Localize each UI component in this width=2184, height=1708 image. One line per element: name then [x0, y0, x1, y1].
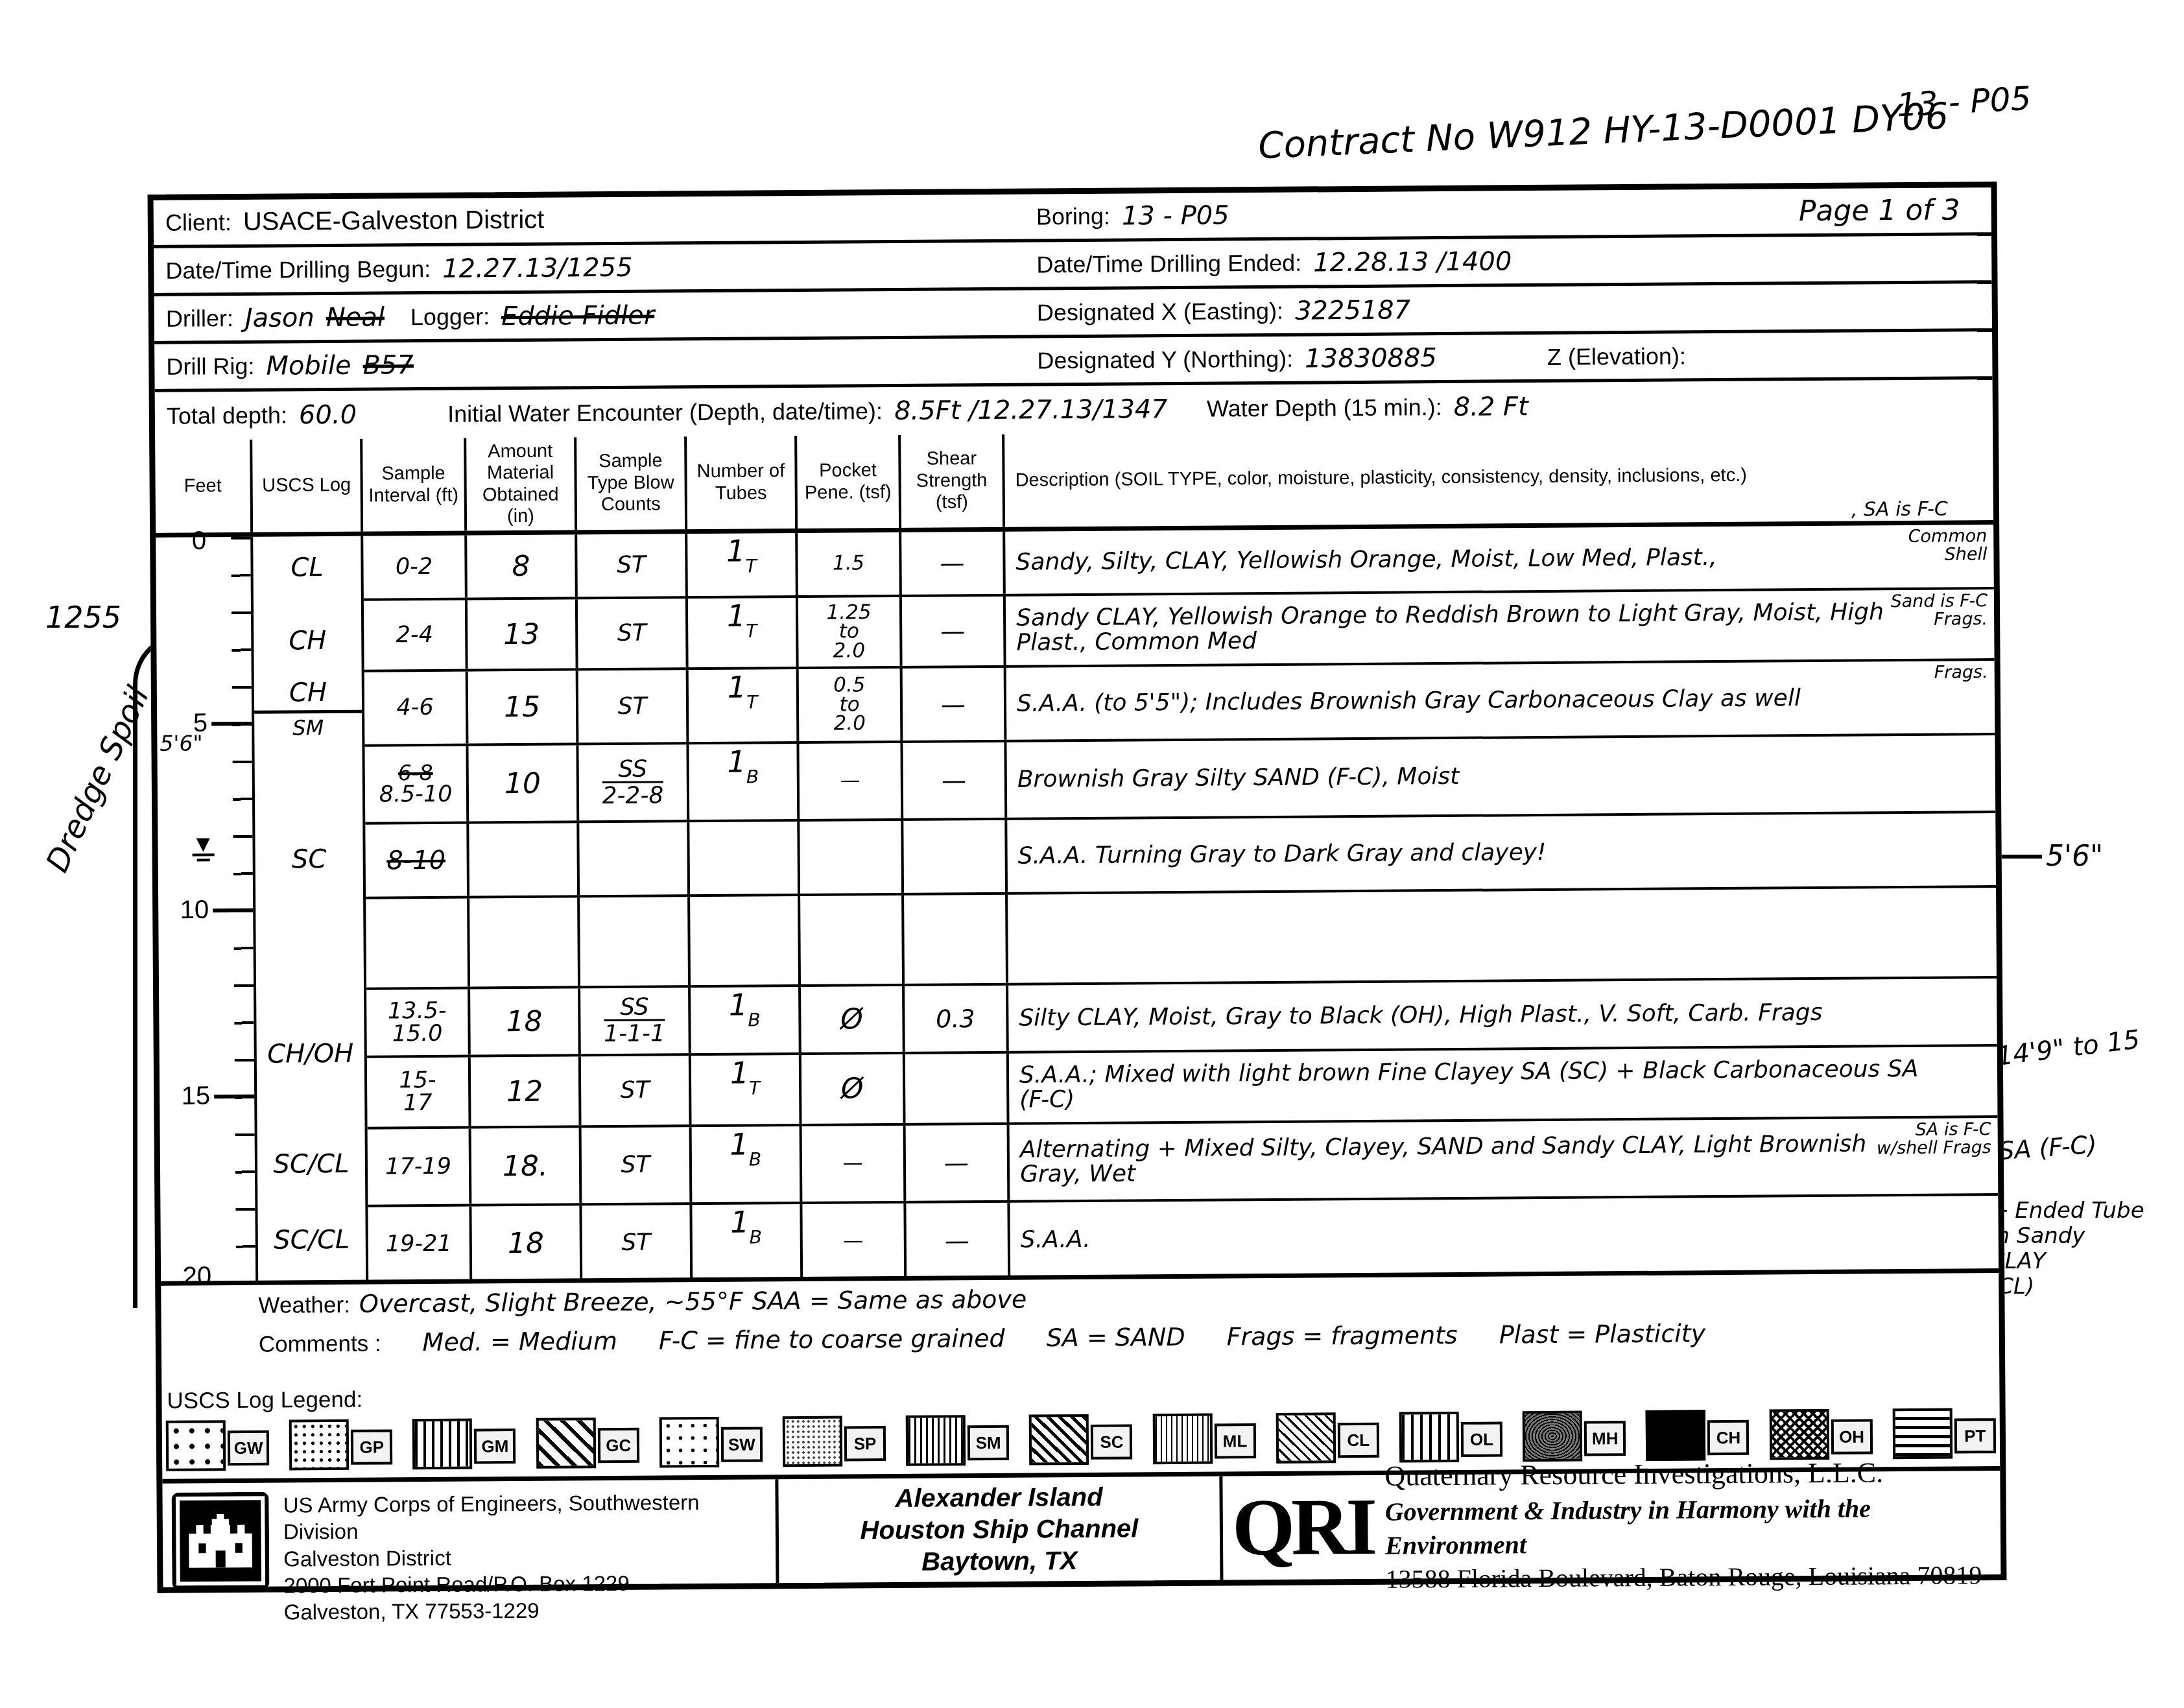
shear-cell: —	[903, 742, 1007, 818]
col-uscs-log: USCS Log	[252, 439, 363, 532]
description-cell: S.A.A. Turning Gray to Dark Gray and cla…	[1007, 813, 1996, 892]
sample-type-cell: SS1-1-1	[580, 988, 691, 1054]
water-depth-15-value: 8.2 Ft	[1454, 392, 1528, 422]
drill-rig-label: Drill Rig:	[166, 352, 254, 380]
sample-type-cell: SS2-2-8	[578, 744, 689, 820]
drill-rig-value: Mobile	[266, 350, 351, 381]
log-row: 4-6 15 ST 1T 0.5 to 2.0 — S.A.A. (to 5'5…	[364, 661, 1995, 747]
site-channel: Houston Ship Channel	[779, 1513, 1220, 1546]
tubes-cell: 1B	[692, 1204, 803, 1279]
pocket-pene-cell: Ø	[801, 986, 905, 1052]
usace-line4: Galveston, TX 77553-1229	[284, 1595, 770, 1625]
col-amount-material: Amount Material Obtained (in)	[466, 437, 577, 530]
total-depth-value: 60.0	[299, 400, 357, 431]
driller-first-name: Jason	[245, 303, 315, 333]
sample-type-cell	[580, 897, 691, 986]
sample-type-cell: ST	[577, 534, 688, 597]
pattern-gp	[289, 1419, 350, 1471]
tubes-cell: 1T	[691, 1055, 802, 1124]
log-row-empty	[366, 888, 1997, 990]
uscs-mark: CH/OH	[257, 1039, 364, 1069]
pattern-pt	[1892, 1408, 1953, 1460]
amount-cell: 8	[467, 534, 578, 597]
water-encounter-value: 8.5Ft /12.27.13/1347	[894, 394, 1168, 426]
legend-item: SW	[659, 1416, 763, 1473]
water-table-symbol: ▼	[191, 836, 215, 861]
site-panel: Alexander Island Houston Ship Channel Ba…	[775, 1476, 1223, 1583]
uscs-mark: SC	[255, 844, 363, 875]
description-cell: Silty CLAY, Moist, Gray to Black (OH), H…	[1008, 979, 1997, 1051]
uscs-mark: SC/CL	[257, 1149, 365, 1180]
drilling-begun-label: Date/Time Drilling Begun:	[165, 255, 431, 284]
tubes-cell: 1B	[689, 744, 800, 820]
interval-cell: 15- 17	[367, 1058, 471, 1127]
col-sample-interval: Sample Interval (ft)	[362, 438, 467, 532]
sample-type-cell: ST	[581, 1056, 692, 1125]
usace-line2: Galveston District	[283, 1542, 769, 1572]
client-value: USACE-Galveston District	[243, 206, 545, 237]
northing-label: Designated Y (Northing):	[1037, 345, 1293, 374]
uscs-mark: CH	[254, 626, 361, 656]
usace-panel: US Army Corps of Engineers, Southwestern…	[162, 1479, 776, 1587]
qri-address: 13588 Florida Boulevard, Baton Rouge, Lo…	[1385, 1558, 1991, 1596]
qri-panel: QRI Quaternary Resource Investigations, …	[1222, 1471, 2000, 1580]
right-depth-note-5-6: 5'6"	[2000, 840, 2103, 873]
comment-plast: Plast = Plasticity	[1499, 1319, 1706, 1349]
depth-label-15: 15	[160, 1082, 210, 1111]
pattern-sm	[906, 1415, 966, 1466]
tubes-cell: 1T	[687, 533, 798, 596]
uscs-mark: CH	[254, 678, 362, 708]
description-cell: Brownish Gray Silty SAND (F-C), Moist	[1006, 735, 1995, 818]
tubes-cell: 1B	[691, 987, 801, 1053]
description-cell: Sandy, Silty, CLAY, Yellowish Orange, Mo…	[1005, 525, 1994, 594]
pattern-sp	[783, 1416, 843, 1467]
boring-log-page: 13 - P05 Contract No W912 HY-13-D0001 DY…	[0, 0, 2184, 1708]
pocket-pene-cell	[800, 821, 904, 894]
legend-item: SM	[906, 1415, 1010, 1471]
log-row: 0-2 8 ST 1T 1.5 — Sandy, Silty, CLAY, Ye…	[363, 525, 1994, 601]
water-depth-15-label: Water Depth (15 min.):	[1207, 394, 1442, 423]
log-row: 13.5- 15.0 18 SS1-1-1 1B Ø 0.3 Silty CLA…	[366, 979, 1997, 1058]
uscs-mark: SC/CL	[258, 1225, 366, 1255]
amount-cell: 18.	[471, 1128, 582, 1204]
amount-cell: 18	[471, 1205, 582, 1281]
shear-cell: —	[902, 597, 1006, 666]
pocket-pene-cell: 1.25 to 2.0	[798, 597, 903, 667]
weather-value: Overcast, Slight Breeze, ~55°F	[359, 1287, 743, 1318]
shear-cell	[903, 820, 1008, 893]
usace-castle-logo	[171, 1492, 269, 1590]
boring-value: 13 - P05	[1122, 200, 1229, 231]
interval-cell: 13.5- 15.0	[366, 990, 471, 1056]
pocket-pene-cell: —	[802, 1126, 907, 1202]
usace-line1: US Army Corps of Engineers, Southwestern…	[283, 1488, 769, 1545]
site-name: Alexander Island	[778, 1482, 1219, 1514]
pocket-pene-cell	[800, 896, 905, 984]
boring-log-form: Client: USACE-Galveston District Boring:…	[148, 182, 2007, 1593]
uscs-mark: SM	[254, 715, 362, 741]
logger-label: Logger:	[410, 303, 490, 331]
legend-item: GW	[166, 1420, 270, 1477]
drilling-begun-value: 12.27.13/1255	[442, 252, 633, 283]
interval-cell: 6-88.5-10	[364, 746, 469, 822]
legend-item: CL	[1276, 1412, 1379, 1469]
amount-cell: 10	[468, 745, 579, 821]
form-footer: US Army Corps of Engineers, Southwestern…	[162, 1466, 2000, 1587]
depth-label-0: 0	[156, 527, 206, 556]
pocket-pene-cell: —	[799, 743, 903, 819]
log-row: 17-19 18. ST 1B — — Alternating + Mixed …	[368, 1118, 1999, 1207]
pattern-gm	[412, 1419, 473, 1470]
interval-cell: 19-21	[368, 1207, 472, 1282]
pocket-pene-cell: —	[802, 1204, 907, 1279]
pattern-ch	[1646, 1410, 1706, 1461]
elevation-label: Z (Elevation):	[1547, 342, 1686, 370]
amount-cell	[469, 823, 580, 896]
pattern-ml	[1152, 1414, 1213, 1465]
legend-item: GC	[536, 1417, 639, 1474]
legend-item: SP	[783, 1416, 886, 1472]
uscs-divider-line	[254, 710, 362, 714]
driller-last-name: Neal	[326, 302, 385, 333]
legend-item: GP	[289, 1419, 393, 1475]
interval-cell: 2-4	[364, 600, 468, 670]
drilling-ended-value: 12.28.13 /1400	[1313, 246, 1512, 278]
total-depth-label: Total depth:	[167, 401, 287, 429]
uscs-legend-label: USCS Log Legend:	[167, 1387, 362, 1414]
interval-cell: 8-10	[365, 824, 469, 897]
water-encounter-label: Initial Water Encounter (Depth, date/tim…	[447, 397, 883, 428]
uscs-log-column: CL CH CH SM SC CH/OH SC/CL SC/CL	[253, 536, 368, 1283]
amount-cell: 13	[468, 599, 578, 669]
log-row: 2-4 13 ST 1T 1.25 to 2.0 — Sandy CLAY, Y…	[364, 589, 1995, 672]
right-depth-note-14-9: 14'9" to 15	[1995, 1020, 2179, 1072]
start-time-note: 1255	[45, 600, 121, 635]
depth-ruler: 0 5 10 15 20 5'6" ▼	[156, 537, 258, 1283]
log-row: 19-21 18 ST 1B — — S.A.A.	[368, 1196, 1999, 1282]
comment-med: Med. = Medium	[422, 1327, 617, 1357]
amount-cell: 15	[468, 670, 579, 743]
col-sample-type: Sample Type Blow Counts	[576, 436, 687, 530]
shear-cell: —	[906, 1125, 1010, 1201]
description-cell: S.A.A. (to 5'5"); Includes Brownish Gray…	[1006, 661, 1995, 740]
description-cell: S.A.A.	[1010, 1196, 1999, 1277]
pocket-pene-cell: Ø	[801, 1054, 906, 1124]
log-column-headers: Feet USCS Log Sample Interval (ft) Amoun…	[155, 427, 1993, 538]
site-city: Baytown, TX	[779, 1545, 1220, 1578]
description-cell: S.A.A.; Mixed with light brown Fine Clay…	[1009, 1047, 1998, 1122]
page-number: Page 1 of 3	[1799, 193, 1960, 228]
ended-tube-note: ← Ended Tube in Sandy CLAY (CL)	[1989, 1198, 2171, 1299]
comment-frags: Frags = fragments	[1226, 1321, 1458, 1351]
usace-line3: 2000 Fort Point Road/P.O. Box 1229	[283, 1569, 769, 1598]
pattern-cl	[1276, 1412, 1336, 1464]
tubes-cell: 1T	[688, 598, 799, 667]
amount-cell: 12	[471, 1056, 582, 1126]
sample-type-cell: ST	[582, 1127, 693, 1203]
easting-value: 3225187	[1295, 295, 1410, 326]
pattern-sw	[659, 1417, 720, 1468]
shear-cell: —	[903, 668, 1007, 741]
depth-label-10: 10	[158, 896, 209, 925]
log-row: 8-10 S.A.A. Turning Gray to Dark Gray an…	[365, 813, 1996, 899]
legend-item: SC	[1029, 1414, 1133, 1470]
tubes-cell	[690, 896, 801, 985]
contract-number-note: Contract No W912 HY-13-D0001 DY06	[1257, 95, 1949, 167]
weather-line: Weather: Overcast, Slight Breeze, ~55°F …	[258, 1278, 1986, 1319]
col-description: Description (SOIL TYPE, color, moisture,…	[1004, 427, 1993, 527]
saa-abbreviation-note: SAA = Same as above	[752, 1285, 1027, 1316]
col-shear-strength: Shear Strength (tsf)	[901, 434, 1005, 528]
amount-cell: 18	[470, 988, 581, 1054]
legend-item: GM	[412, 1418, 516, 1475]
shear-cell: 0.3	[905, 986, 1009, 1052]
qri-tagline: Government & Industry in Harmony with th…	[1385, 1491, 1992, 1563]
comments-label: Comments :	[259, 1331, 381, 1358]
sample-type-cell: ST	[578, 670, 689, 742]
description-cell: Alternating + Mixed Silty, Clayey, SAND …	[1010, 1118, 1999, 1200]
interval-cell: 4-6	[364, 672, 469, 744]
pocket-pene-cell: 1.5	[798, 532, 902, 595]
depth-label-20: 20	[161, 1262, 211, 1292]
interval-cell	[366, 899, 470, 988]
pattern-gw	[166, 1420, 226, 1471]
sa-fc-header-note: , SA is F-C	[1851, 498, 1948, 521]
legend-item: ML	[1152, 1413, 1256, 1469]
tubes-cell: 1B	[692, 1126, 803, 1202]
boring-label: Boring:	[1036, 202, 1110, 230]
uscs-mark: CL	[253, 552, 361, 583]
description-cell	[1008, 888, 1997, 983]
pattern-mh	[1523, 1411, 1583, 1462]
interval-cell: 17-19	[368, 1129, 472, 1205]
northing-value: 13830885	[1305, 343, 1437, 374]
qri-logo: QRI	[1231, 1486, 1373, 1569]
interval-cell: 0-2	[363, 536, 468, 599]
log-body: 0-2 8 ST 1T 1.5 — Sandy, Silty, CLAY, Ye…	[363, 525, 1999, 1282]
sample-type-cell: ST	[582, 1205, 693, 1280]
description-cell: Sandy CLAY, Yellowish Orange to Reddish …	[1006, 589, 1995, 665]
col-pocket-pene: Pocket Pene. (tsf)	[797, 435, 901, 528]
log-row: 15- 17 12 ST 1T Ø S.A.A.; Mixed with lig…	[367, 1047, 1998, 1130]
shear-cell: —	[906, 1203, 1010, 1278]
weather-label: Weather:	[258, 1292, 350, 1319]
shear-cell	[905, 1054, 1010, 1123]
sample-type-cell	[579, 822, 690, 895]
col-feet: Feet	[155, 440, 253, 533]
log-row: 6-88.5-10 10 SS2-2-8 1B — — Brownish Gra…	[364, 735, 1995, 825]
pattern-gc	[536, 1417, 596, 1469]
pattern-sc	[1029, 1414, 1089, 1465]
tubes-cell: 1T	[689, 669, 800, 742]
comment-sa: SA = SAND	[1046, 1323, 1185, 1352]
comments-line: Comments : Med. = Medium F-C = fine to c…	[259, 1317, 1986, 1358]
amount-cell	[469, 897, 580, 986]
drill-rig-model: B57	[362, 350, 414, 381]
logger-value: Eddie Fidler	[501, 300, 654, 331]
col-number-of-tubes: Number of Tubes	[687, 436, 798, 529]
right-sa-fc-note: SA (F-C)	[1998, 1130, 2098, 1165]
drilling-ended-label: Date/Time Drilling Ended:	[1036, 249, 1301, 278]
pattern-oh	[1769, 1409, 1829, 1460]
driller-label: Driller:	[166, 305, 233, 333]
easting-label: Designated X (Easting):	[1037, 297, 1283, 326]
shear-cell: —	[901, 532, 1006, 595]
depth-5-6-note: 5'6"	[160, 730, 203, 755]
tubes-cell	[689, 822, 800, 894]
client-label: Client:	[165, 209, 231, 237]
shear-cell	[904, 895, 1008, 984]
pattern-ol	[1399, 1412, 1460, 1463]
comment-fc: F-C = fine to coarse grained	[659, 1324, 1005, 1355]
qri-name: Quaternary Resource Investigations, L.L.…	[1384, 1454, 1991, 1495]
sample-type-cell: ST	[578, 599, 689, 668]
pocket-pene-cell: 0.5 to 2.0	[799, 669, 903, 741]
